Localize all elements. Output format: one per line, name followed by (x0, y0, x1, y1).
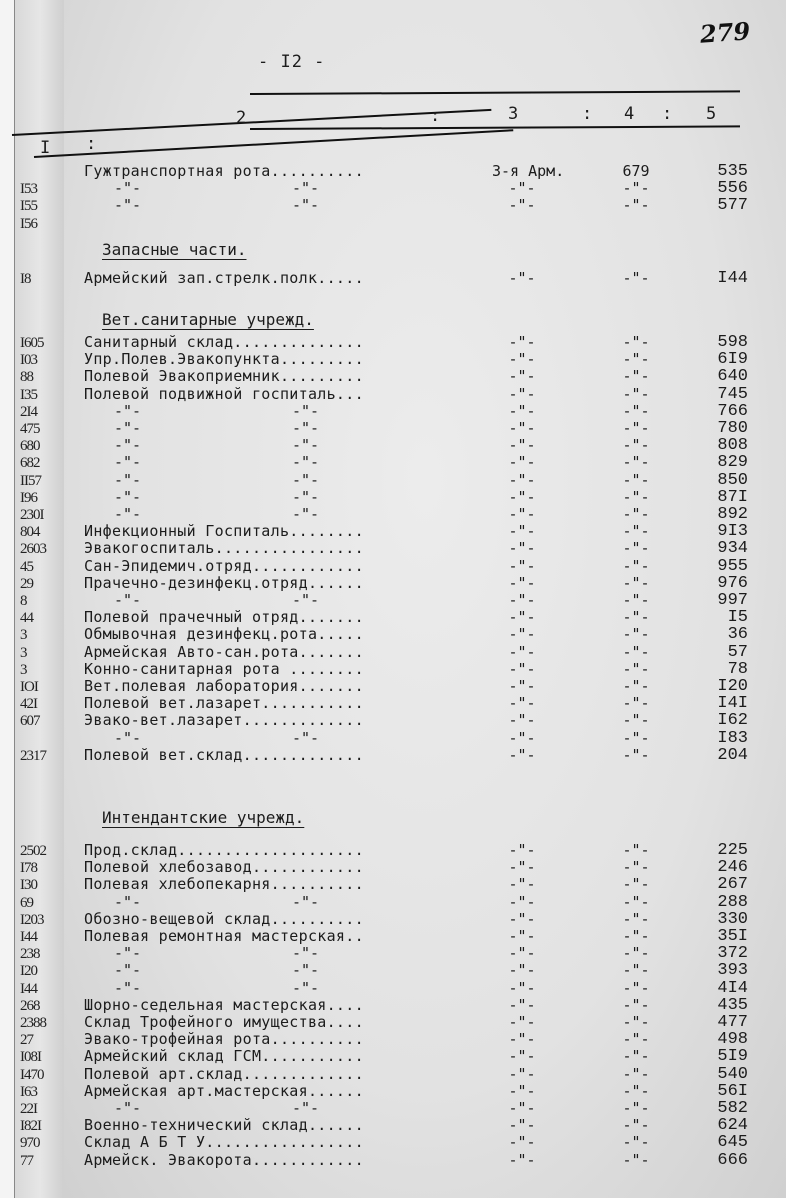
table-row: -"--"--"--"-288 (84, 894, 764, 911)
sequence-number: 598 (690, 334, 748, 351)
margin-annotation: 88 (20, 370, 33, 384)
column-4-value: -"- (606, 197, 666, 214)
unit-name: Полевой вет.лазарет........... (84, 695, 364, 712)
ditto-mark: -"- (292, 592, 319, 609)
column-header-4: 4 (624, 104, 634, 124)
margin-annotation: 238 (20, 947, 40, 961)
column-4-value: -"- (606, 678, 666, 695)
column-header-3: 3 (508, 104, 518, 124)
column-4-value: -"- (606, 592, 666, 609)
column-4-value: -"- (606, 472, 666, 489)
column-4-value: -"- (606, 454, 666, 471)
margin-annotation: 607 (20, 714, 40, 728)
margin-annotation: I203 (20, 913, 44, 927)
column-3-value: -"- (492, 523, 552, 540)
column-4-value: -"- (606, 842, 666, 859)
margin-annotation: 22I (20, 1102, 37, 1116)
column-4-value: -"- (606, 437, 666, 454)
unit-name: Сан-Эпидемич.отряд............ (84, 558, 364, 575)
ditto-mark: -"- (292, 180, 319, 197)
ditto-mark: -"- (292, 962, 319, 979)
margin-annotation: 804 (20, 525, 40, 539)
margin-annotation: 77 (20, 1154, 33, 1168)
ditto-mark: -"- (292, 420, 319, 437)
column-3-value: -"- (492, 489, 552, 506)
margin-annotation: I03 (20, 353, 37, 367)
table-row: Полевой вет.склад.............-"--"-204 (84, 747, 764, 764)
sequence-number: 540 (690, 1066, 748, 1083)
column-3-value: -"- (492, 962, 552, 979)
column-3-value: -"- (492, 876, 552, 893)
margin-annotation: 682 (20, 456, 40, 470)
column-header-5: 5 (706, 104, 716, 124)
sequence-number: 666 (690, 1152, 748, 1169)
column-3-value: -"- (492, 270, 552, 287)
column-3-value: -"- (492, 1100, 552, 1117)
unit-name: Вет.полевая лаборатория....... (84, 678, 364, 695)
column-4-value: -"- (606, 334, 666, 351)
column-4-value: -"- (606, 420, 666, 437)
column-4-value: 679 (606, 163, 666, 180)
unit-name: Полевой подвижной госпиталь... (84, 386, 364, 403)
column-4-value: -"- (606, 351, 666, 368)
column-4-value: -"- (606, 523, 666, 540)
column-4-value: -"- (606, 980, 666, 997)
sequence-number: 577 (690, 197, 748, 214)
section-title: Запасные части. (102, 240, 247, 259)
margin-annotation: I82I (20, 1119, 41, 1133)
margin-annotation: IOI (20, 680, 38, 694)
table-row: -"--"--"--"-4I4 (84, 980, 764, 997)
margin-annotation: 69 (20, 896, 33, 910)
margin-annotation: 2502 (20, 844, 46, 858)
table-row: -"--"--"--"-372 (84, 945, 764, 962)
sequence-number: 9I3 (690, 523, 748, 540)
ditto-mark: -"- (292, 506, 319, 523)
sequence-number: 808 (690, 437, 748, 454)
margin-annotation: 44 (20, 611, 33, 625)
column-header-sep: : (662, 104, 672, 124)
column-3-value: -"- (492, 1014, 552, 1031)
table-row: Конно-санитарная рота ........-"--"-78 (84, 661, 764, 678)
unit-name: Военно-технический склад...... (84, 1117, 364, 1134)
unit-name: Прачечно-дезинфекц.отряд...... (84, 575, 364, 592)
column-3-value: -"- (492, 197, 552, 214)
column-4-value: -"- (606, 644, 666, 661)
column-3-value: -"- (492, 980, 552, 997)
column-3-value: -"- (492, 540, 552, 557)
unit-name: Обозно-вещевой склад.......... (84, 911, 364, 928)
binding-edge (0, 0, 15, 1198)
sequence-number: 645 (690, 1134, 748, 1151)
margin-annotation: I470 (20, 1068, 44, 1082)
ditto-mark: -"- (292, 980, 319, 997)
column-header-2: 2 (236, 108, 246, 128)
ditto-mark: -"- (114, 980, 141, 997)
table-row: -"--"--"--"-I83 (84, 730, 764, 747)
sequence-number: 955 (690, 558, 748, 575)
ditto-mark: -"- (114, 945, 141, 962)
ditto-mark: -"- (292, 472, 319, 489)
column-4-value: -"- (606, 962, 666, 979)
column-3-value: -"- (492, 1117, 552, 1134)
sequence-number: 393 (690, 962, 748, 979)
margin-annotation: 42I (20, 697, 37, 711)
margin-annotation: I53 (20, 182, 37, 196)
ditto-mark: -"- (114, 454, 141, 471)
margin-annotation: 8 (20, 594, 27, 608)
ditto-mark: -"- (114, 592, 141, 609)
unit-name: Полевой арт.склад............. (84, 1066, 364, 1083)
table-row: -"--"--"--"-850 (84, 472, 764, 489)
table-row: Санитарный склад..............-"--"-598 (84, 334, 764, 351)
table-row: Гужтранспортная рота..........3-я Арм.67… (84, 163, 764, 180)
margin-annotation: 230I (20, 508, 44, 522)
ditto-mark: -"- (114, 730, 141, 747)
ditto-mark: -"- (114, 197, 141, 214)
table-row: Армейская Авто-сан.рота.......-"--"-57 (84, 644, 764, 661)
table-row: Армейск. Эвакорота............-"--"-666 (84, 1152, 764, 1169)
table-row: Полевой подвижной госпиталь...-"--"-745 (84, 386, 764, 403)
table-row: Сан-Эпидемич.отряд............-"--"-955 (84, 558, 764, 575)
column-3-value: -"- (492, 730, 552, 747)
ditto-mark: -"- (292, 403, 319, 420)
column-4-value: -"- (606, 1152, 666, 1169)
table-row: Склад Трофейного имущества....-"--"-477 (84, 1014, 764, 1031)
column-4-value: -"- (606, 712, 666, 729)
ditto-mark: -"- (292, 1100, 319, 1117)
column-3-value: -"- (492, 859, 552, 876)
sequence-number: 892 (690, 506, 748, 523)
sequence-number: 6I9 (690, 351, 748, 368)
section-title: Вет.санитарные учрежд. (102, 310, 314, 329)
unit-name: Санитарный склад.............. (84, 334, 364, 351)
table-row: Упр.Полев.Эвакопункта.........-"--"-6I9 (84, 351, 764, 368)
margin-annotation: 3 (20, 646, 27, 660)
column-4-value: -"- (606, 1048, 666, 1065)
table-row: Полевая ремонтная мастерская..-"--"-35I (84, 928, 764, 945)
ditto-mark: -"- (292, 454, 319, 471)
ditto-mark: -"- (114, 180, 141, 197)
column-4-value: -"- (606, 1083, 666, 1100)
unit-name: Полевой прачечный отряд....... (84, 609, 364, 626)
table-row: Полевой Эвакоприемник.........-"--"-640 (84, 368, 764, 385)
unit-name: Эвакогоспиталь................ (84, 540, 364, 557)
column-4-value: -"- (606, 403, 666, 420)
sequence-number: 535 (690, 163, 748, 180)
column-3-value: -"- (492, 894, 552, 911)
column-3-value: -"- (492, 1048, 552, 1065)
column-4-value: -"- (606, 928, 666, 945)
table-row: -"--"--"--"-892 (84, 506, 764, 523)
margin-annotation: 680 (20, 439, 40, 453)
ditto-mark: -"- (292, 437, 319, 454)
ditto-mark: -"- (114, 506, 141, 523)
ditto-mark: -"- (114, 962, 141, 979)
table-row: Вет.полевая лаборатория.......-"--"-I20 (84, 678, 764, 695)
sequence-number: 745 (690, 386, 748, 403)
sequence-number: 288 (690, 894, 748, 911)
section-title: Интендантские учрежд. (102, 808, 304, 827)
margin-annotation: I8 (20, 272, 31, 286)
unit-name: Армейская арт.мастерская...... (84, 1083, 364, 1100)
unit-name: Армейская Авто-сан.рота....... (84, 644, 364, 661)
unit-name: Инфекционный Госпиталь........ (84, 523, 364, 540)
margin-annotation: 2603 (20, 542, 46, 556)
column-4-value: -"- (606, 386, 666, 403)
column-3-value: -"- (492, 712, 552, 729)
ditto-mark: -"- (114, 420, 141, 437)
sequence-number: I83 (690, 730, 748, 747)
table-row: Обозно-вещевой склад..........-"--"-330 (84, 911, 764, 928)
column-3-value: -"- (492, 592, 552, 609)
sequence-number: 477 (690, 1014, 748, 1031)
sequence-number: 372 (690, 945, 748, 962)
ditto-mark: -"- (114, 489, 141, 506)
ditto-mark: -"- (292, 197, 319, 214)
unit-name: Полевой вет.склад............. (84, 747, 364, 764)
column-3-value: -"- (492, 506, 552, 523)
margin-annotation: I35 (20, 388, 37, 402)
table-row: -"--"--"--"-582 (84, 1100, 764, 1117)
margin-annotation: I63 (20, 1085, 37, 1099)
sequence-number: 556 (690, 180, 748, 197)
table-row: -"--"--"--"-577 (84, 197, 764, 214)
sequence-number: I5 (690, 609, 748, 626)
unit-name: Армейский зап.стрелк.полк..... (84, 270, 364, 287)
table-row: Полевая хлебопекарня..........-"--"-267 (84, 876, 764, 893)
table-row: Эвако-трофейная рота..........-"--"-498 (84, 1031, 764, 1048)
table-row: -"--"--"--"-556 (84, 180, 764, 197)
margin-annotation: I20 (20, 964, 37, 978)
column-3-value: -"- (492, 1066, 552, 1083)
column-3-value: -"- (492, 911, 552, 928)
column-4-value: -"- (606, 894, 666, 911)
column-header-sep: : (430, 106, 440, 126)
sequence-number: I62 (690, 712, 748, 729)
table-row: -"--"--"--"-808 (84, 437, 764, 454)
table-row: Полевой прачечный отряд.......-"--"-I5 (84, 609, 764, 626)
margin-annotation: II57 (20, 474, 41, 488)
margin-annotation: 29 (20, 577, 33, 591)
column-3-value: -"- (492, 1134, 552, 1151)
column-3-value: -"- (492, 626, 552, 643)
column-3-value: -"- (492, 678, 552, 695)
unit-name: Полевая хлебопекарня.......... (84, 876, 364, 893)
unit-name: Полевой Эвакоприемник......... (84, 368, 364, 385)
table-row: Склад А Б Т У.................-"--"-645 (84, 1134, 764, 1151)
column-3-value: -"- (492, 437, 552, 454)
margin-annotation: I44 (20, 930, 37, 944)
column-3-value: 3-я Арм. (492, 163, 552, 180)
table-row: Прод.склад....................-"--"-225 (84, 842, 764, 859)
column-4-value: -"- (606, 626, 666, 643)
column-3-value: -"- (492, 368, 552, 385)
column-3-value: -"- (492, 472, 552, 489)
table-row: Армейский склад ГСМ...........-"--"-5I9 (84, 1048, 764, 1065)
column-3-value: -"- (492, 928, 552, 945)
column-4-value: -"- (606, 1134, 666, 1151)
sequence-number: 246 (690, 859, 748, 876)
column-4-value: -"- (606, 1117, 666, 1134)
column-3-value: -"- (492, 454, 552, 471)
sequence-number: 204 (690, 747, 748, 764)
margin-annotation: 2388 (20, 1016, 46, 1030)
column-4-value: -"- (606, 1031, 666, 1048)
column-3-value: -"- (492, 558, 552, 575)
column-3-value: -"- (492, 351, 552, 368)
ditto-mark: -"- (114, 403, 141, 420)
column-3-value: -"- (492, 1152, 552, 1169)
column-3-value: -"- (492, 945, 552, 962)
sequence-number: 498 (690, 1031, 748, 1048)
sequence-number: 330 (690, 911, 748, 928)
margin-annotation: I08I (20, 1050, 41, 1064)
sequence-number: 934 (690, 540, 748, 557)
margin-annotation: I96 (20, 491, 37, 505)
unit-name: Гужтранспортная рота.......... (84, 163, 364, 180)
unit-name: Шорно-седельная мастерская.... (84, 997, 364, 1014)
column-3-value: -"- (492, 695, 552, 712)
table-row: Полевой арт.склад.............-"--"-540 (84, 1066, 764, 1083)
ditto-mark: -"- (114, 472, 141, 489)
sequence-number: 225 (690, 842, 748, 859)
column-4-value: -"- (606, 1100, 666, 1117)
sequence-number: 56I (690, 1083, 748, 1100)
sequence-number: 766 (690, 403, 748, 420)
sequence-number: I4I (690, 695, 748, 712)
column-4-value: -"- (606, 489, 666, 506)
sequence-number: 267 (690, 876, 748, 893)
margin-annotation: I44 (20, 982, 37, 996)
table-row: Полевой хлебозавод............-"--"-246 (84, 859, 764, 876)
sequence-number: 624 (690, 1117, 748, 1134)
table-row: Эвакогоспиталь................-"--"-934 (84, 540, 764, 557)
table-row: Прачечно-дезинфекц.отряд......-"--"-976 (84, 575, 764, 592)
table-row: Эвако-вет.лазарет.............-"--"-I62 (84, 712, 764, 729)
table-row: Обмывочная дезинфекц.рота.....-"--"-36 (84, 626, 764, 643)
sequence-number: 780 (690, 420, 748, 437)
column-4-value: -"- (606, 747, 666, 764)
margin-annotation: 3 (20, 628, 27, 642)
margin-annotation: 475 (20, 422, 40, 436)
ditto-mark: -"- (292, 945, 319, 962)
page-number: - I2 - (258, 52, 325, 72)
sequence-number: 640 (690, 368, 748, 385)
column-4-value: -"- (606, 876, 666, 893)
ditto-mark: -"- (114, 894, 141, 911)
column-4-value: -"- (606, 695, 666, 712)
table-row (84, 215, 764, 232)
unit-name: Полевая ремонтная мастерская.. (84, 928, 364, 945)
table-row: Инфекционный Госпиталь........-"--"-9I3 (84, 523, 764, 540)
column-4-value: -"- (606, 911, 666, 928)
column-3-value: -"- (492, 334, 552, 351)
column-header-1: I (40, 138, 50, 158)
column-header-sep: : (582, 104, 592, 124)
unit-name: Прод.склад.................... (84, 842, 364, 859)
column-4-value: -"- (606, 859, 666, 876)
unit-name: Упр.Полев.Эвакопункта......... (84, 351, 364, 368)
table-row: Военно-технический склад......-"--"-624 (84, 1117, 764, 1134)
sequence-number: 35I (690, 928, 748, 945)
unit-name: Армейск. Эвакорота............ (84, 1152, 364, 1169)
column-4-value: -"- (606, 730, 666, 747)
table-row: Шорно-седельная мастерская....-"--"-435 (84, 997, 764, 1014)
sequence-number: 78 (690, 661, 748, 678)
column-4-value: -"- (606, 945, 666, 962)
sequence-number: 850 (690, 472, 748, 489)
unit-name: Склад Трофейного имущества.... (84, 1014, 364, 1031)
column-4-value: -"- (606, 368, 666, 385)
table-row: -"--"--"--"-766 (84, 403, 764, 420)
column-4-value: -"- (606, 270, 666, 287)
column-4-value: -"- (606, 180, 666, 197)
unit-name: Конно-санитарная рота ........ (84, 661, 364, 678)
column-4-value: -"- (606, 558, 666, 575)
sequence-number: 829 (690, 454, 748, 471)
sequence-number: 582 (690, 1100, 748, 1117)
sequence-number: 4I4 (690, 980, 748, 997)
column-3-value: -"- (492, 386, 552, 403)
margin-annotation: 268 (20, 999, 40, 1013)
unit-name: Эвако-вет.лазарет............. (84, 712, 364, 729)
ditto-mark: -"- (114, 1100, 141, 1117)
column-3-value: -"- (492, 180, 552, 197)
sequence-number: I44 (690, 270, 748, 287)
ditto-mark: -"- (292, 489, 319, 506)
margin-annotation: 45 (20, 560, 33, 574)
table-row: -"--"--"--"-829 (84, 454, 764, 471)
column-4-value: -"- (606, 540, 666, 557)
table-row: Армейский зап.стрелк.полк.....-"--"-I44 (84, 270, 764, 287)
table-row: -"--"--"--"-87I (84, 489, 764, 506)
column-4-value: -"- (606, 506, 666, 523)
unit-name: Эвако-трофейная рота.......... (84, 1031, 364, 1048)
ditto-mark: -"- (292, 730, 319, 747)
column-4-value: -"- (606, 997, 666, 1014)
margin-annotation: 970 (20, 1136, 40, 1150)
sequence-number: 997 (690, 592, 748, 609)
unit-name: Склад А Б Т У................. (84, 1134, 364, 1151)
column-3-value: -"- (492, 1031, 552, 1048)
margin-annotation: I56 (20, 217, 37, 231)
column-3-value: -"- (492, 1083, 552, 1100)
sequence-number: 57 (690, 644, 748, 661)
unit-name: Полевой хлебозавод............ (84, 859, 364, 876)
table-row: -"--"--"--"-997 (84, 592, 764, 609)
column-header-sep: : (86, 134, 96, 154)
margin-annotation: I55 (20, 199, 37, 213)
margin-annotation: I605 (20, 336, 44, 350)
column-3-value: -"- (492, 997, 552, 1014)
sequence-number: 5I9 (690, 1048, 748, 1065)
unit-name: Обмывочная дезинфекц.рота..... (84, 626, 364, 643)
column-4-value: -"- (606, 575, 666, 592)
sequence-number: I20 (690, 678, 748, 695)
column-3-value: -"- (492, 644, 552, 661)
sequence-number: 87I (690, 489, 748, 506)
margin-annotation: I30 (20, 878, 37, 892)
margin-annotation: 27 (20, 1033, 33, 1047)
sequence-number: 36 (690, 626, 748, 643)
sequence-number: 976 (690, 575, 748, 592)
column-3-value: -"- (492, 747, 552, 764)
column-3-value: -"- (492, 403, 552, 420)
column-3-value: -"- (492, 420, 552, 437)
folio-number: 279 (699, 16, 751, 48)
table-row: -"--"--"--"-393 (84, 962, 764, 979)
